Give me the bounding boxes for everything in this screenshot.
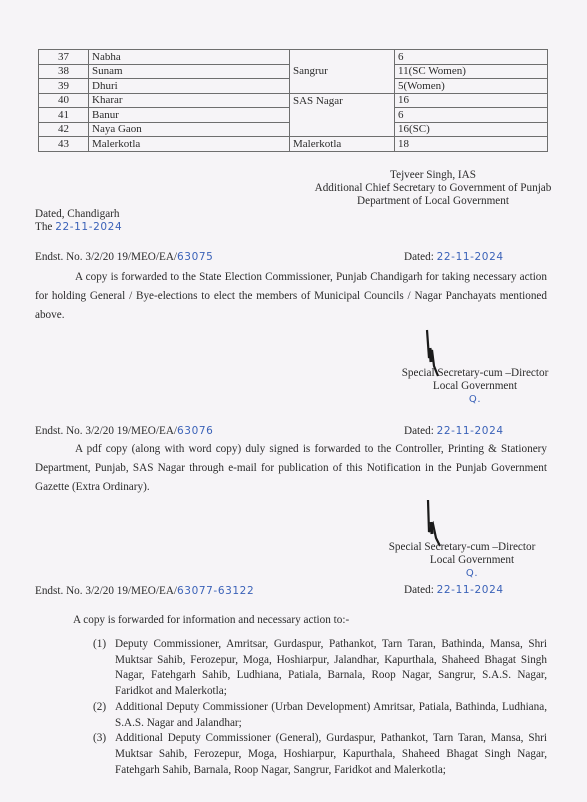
reservation-cell: 6	[395, 50, 548, 65]
endorsement-3-number: Endst. No. 3/2/20 19/MEO/EA/63077-63122	[35, 585, 254, 598]
dated-the: The 22-11-2024	[35, 221, 122, 234]
recipient-item: (2)Additional Deputy Commissioner (Urban…	[93, 700, 547, 731]
district-cell	[290, 79, 395, 94]
council-name-cell: Kharar	[89, 93, 290, 108]
signatory-office: Local Government	[375, 380, 575, 393]
seat-reservation-table: 37Nabha638SunamSangrur11(SC Women)39Dhur…	[38, 49, 548, 152]
table-row: 40KhararSAS Nagar16	[39, 93, 548, 108]
dated-the-label: The	[35, 221, 52, 233]
initials-mark: Q.	[375, 393, 575, 406]
handwritten-date: 22-11-2024	[437, 251, 504, 263]
issuer-department: Department of Local Government	[288, 195, 578, 208]
council-name-cell: Malerkotla	[89, 137, 290, 152]
council-name-cell: Dhuri	[89, 79, 290, 94]
signatory-title: Special Secretary-cum –Director	[375, 367, 575, 380]
reservation-cell: 6	[395, 108, 548, 123]
serial-number-cell: 39	[39, 79, 89, 94]
handwritten-date: 22-11-2024	[437, 584, 504, 596]
district-cell	[290, 122, 395, 137]
signatory-block-1: Special Secretary-cum –Director Local Go…	[375, 367, 575, 406]
table-row: 39Dhuri5(Women)	[39, 79, 548, 94]
serial-number-cell: 40	[39, 93, 89, 108]
endorsement-1-body: A copy is forwarded to the State Electio…	[35, 268, 547, 325]
recipient-number: (2)	[93, 700, 106, 716]
table-row: 41Banur6	[39, 108, 548, 123]
table-row: 37Nabha6	[39, 50, 548, 65]
recipient-text: Deputy Commissioner, Amritsar, Gurdaspur…	[115, 638, 547, 697]
council-name-cell: Naya Gaon	[89, 122, 290, 137]
district-cell: Sangrur	[290, 64, 395, 79]
council-name-cell: Sunam	[89, 64, 290, 79]
endorsement-3-date: Dated: 22-11-2024	[404, 584, 504, 597]
handwritten-endst-number: 63077-63122	[177, 585, 254, 597]
endorsement-1-number: Endst. No. 3/2/20 19/MEO/EA/63075	[35, 251, 213, 264]
reservation-cell: 16	[395, 93, 548, 108]
council-name-cell: Nabha	[89, 50, 290, 65]
endorsement-2-number: Endst. No. 3/2/20 19/MEO/EA/63076	[35, 425, 213, 438]
reservation-cell: 11(SC Women)	[395, 64, 548, 79]
endorsement-2-date: Dated: 22-11-2024	[404, 425, 504, 438]
reservation-cell: 18	[395, 137, 548, 152]
handwritten-endst-number: 63076	[177, 425, 213, 437]
district-cell	[290, 50, 395, 65]
reservation-cell: 16(SC)	[395, 122, 548, 137]
serial-number-cell: 43	[39, 137, 89, 152]
signatory-title: Special Secretary-cum –Director	[362, 541, 562, 554]
initials-mark: Q.	[362, 567, 562, 580]
handwritten-date: 22-11-2024	[55, 221, 122, 233]
table-row: 43MalerkotlaMalerkotla18	[39, 137, 548, 152]
serial-number-cell: 42	[39, 122, 89, 137]
recipient-item: (3)Additional Deputy Commissioner (Gener…	[93, 731, 547, 778]
table-row: 42Naya Gaon16(SC)	[39, 122, 548, 137]
signatory-office: Local Government	[362, 554, 562, 567]
table-row: 38SunamSangrur11(SC Women)	[39, 64, 548, 79]
issuer-designation: Additional Chief Secretary to Government…	[288, 182, 578, 195]
reservation-cell: 5(Women)	[395, 79, 548, 94]
council-name-cell: Banur	[89, 108, 290, 123]
signatory-block-2: Special Secretary-cum –Director Local Go…	[362, 541, 562, 580]
district-cell: Malerkotla	[290, 137, 395, 152]
handwritten-date: 22-11-2024	[437, 425, 504, 437]
serial-number-cell: 41	[39, 108, 89, 123]
recipient-number: (3)	[93, 731, 106, 747]
endorsement-2-body: A pdf copy (along with word copy) duly s…	[35, 440, 547, 497]
issuer-name: Tejveer Singh, IAS	[288, 169, 578, 182]
endorsement-1-date: Dated: 22-11-2024	[404, 251, 504, 264]
recipient-item: (1)Deputy Commissioner, Amritsar, Gurdas…	[93, 637, 547, 700]
district-cell	[290, 108, 395, 123]
serial-number-cell: 38	[39, 64, 89, 79]
dated-place: Dated, Chandigarh	[35, 208, 120, 221]
recipient-list: (1)Deputy Commissioner, Amritsar, Gurdas…	[93, 637, 547, 778]
recipient-text: Additional Deputy Commissioner (General)…	[115, 732, 547, 775]
issuer-block: Tejveer Singh, IAS Additional Chief Secr…	[288, 169, 578, 208]
district-cell: SAS Nagar	[290, 93, 395, 108]
recipient-number: (1)	[93, 637, 106, 653]
handwritten-endst-number: 63075	[177, 251, 213, 263]
endorsement-3-body: A copy is forwarded for information and …	[73, 614, 349, 627]
recipient-text: Additional Deputy Commissioner (Urban De…	[115, 701, 547, 729]
serial-number-cell: 37	[39, 50, 89, 65]
